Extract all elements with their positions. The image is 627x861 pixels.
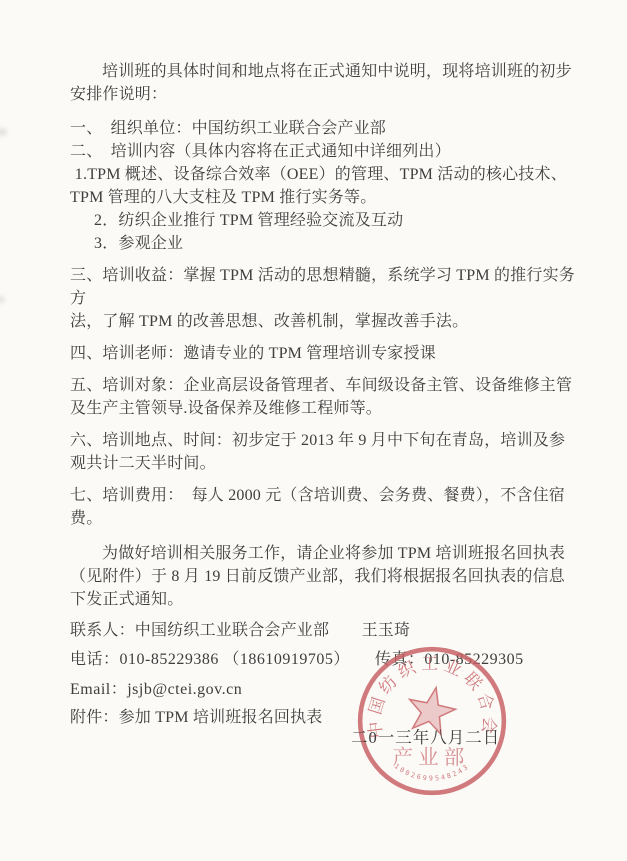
item-5-audience: 五、培训对象：企业高层设备管理者、车间级设备主管、设备维修主管 及生产主管领导.… <box>70 374 588 420</box>
official-seal-svg: 中国纺织工业联合会 产业部 1002699548243 <box>355 644 509 798</box>
email-line: Email：jsjb@ctei.gov.cn <box>70 678 588 701</box>
item-6-place-time: 六、培训地点、时间：初步定于 2013 年 9 月中下旬在青岛，培训及参 观共计… <box>70 429 588 475</box>
attachment-line: 附件：参加 TPM 培训班报名回执表 <box>70 706 588 729</box>
scan-smudge <box>0 296 5 303</box>
item-2-content: 二、 培训内容（具体内容将在正式通知中详细列出） <box>70 140 588 163</box>
item-2-sub-3: 3．参观企业 <box>70 232 588 255</box>
document-page: 培训班的具体时间和地点将在正式通知中说明，现将培训班的初步 安排作说明： 一、 … <box>0 0 627 861</box>
seal-dept-text: 产业部 <box>392 746 469 769</box>
document-body: 培训班的具体时间和地点将在正式通知中说明，现将培训班的初步 安排作说明： 一、 … <box>70 60 588 729</box>
item-7-fee: 七、培训费用： 每人 2000 元（含培训费、会务费、餐费），不含住宿 费。 <box>70 484 588 530</box>
item-4-teacher: 四、培训老师：邀请专业的 TPM 管理培训专家授课 <box>70 342 588 365</box>
intro-paragraph: 培训班的具体时间和地点将在正式通知中说明，现将培训班的初步 安排作说明： <box>70 60 588 106</box>
closing-paragraph: 为做好培训相关服务工作，请企业将参加 TPM 培训班报名回执表 （见附件）于 8… <box>70 542 588 611</box>
item-1-organizer: 一、 组织单位：中国纺织工业联合会产业部 <box>70 117 588 140</box>
item-3-benefit: 三、培训收益：掌握 TPM 活动的思想精髓，系统学习 TPM 的推行实务方 法，… <box>70 264 588 333</box>
item-2-sub-1: 1.TPM 概述、设备综合效率（OEE）的管理、TPM 活动的核心技术、 TPM… <box>70 163 588 209</box>
date-line: 二0一三年八月二日 <box>351 724 500 748</box>
scan-smudge <box>0 128 7 136</box>
phone-fax-line: 电话：010-85229386 （18610919705） 传真：010-852… <box>70 648 588 671</box>
contact-line: 联系人：中国纺织工业联合会产业部 王玉琦 <box>70 619 588 642</box>
official-seal-stamp: 中国纺织工业联合会 产业部 1002699548243 <box>355 644 509 798</box>
item-2-sub-2: 2．纺织企业推行 TPM 管理经验交流及互动 <box>70 209 588 232</box>
